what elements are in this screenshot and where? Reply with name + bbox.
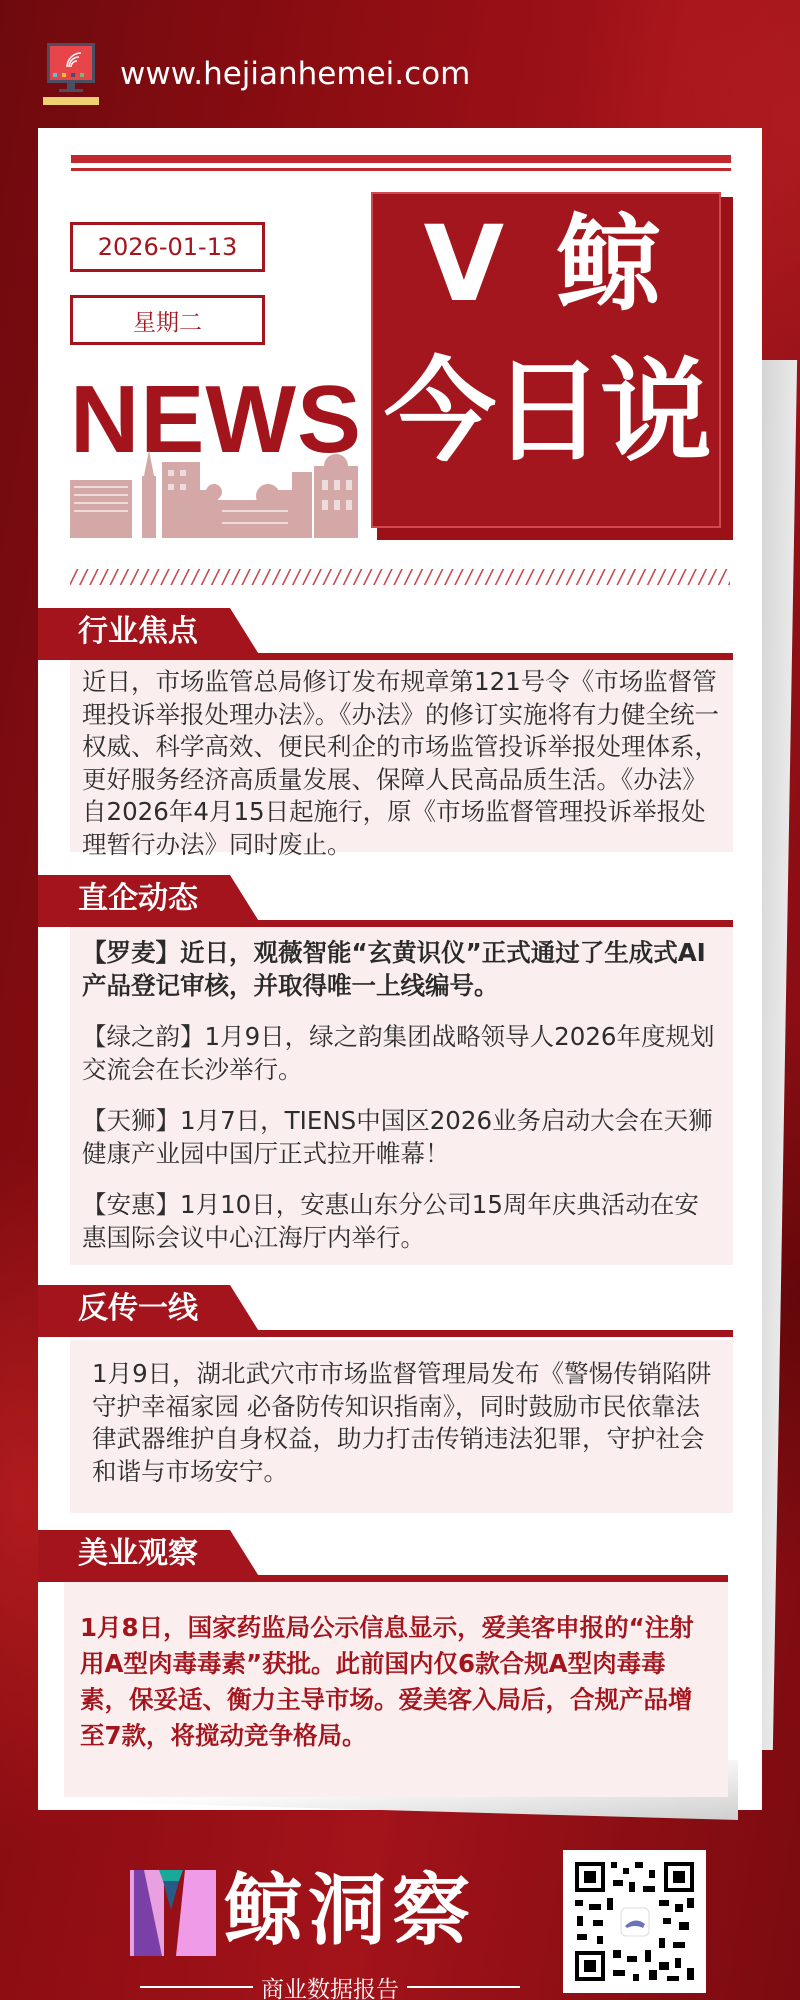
slash-divider: ////////////////////////////////////////… <box>70 565 730 585</box>
title-line-1: V 鲸 <box>373 212 719 316</box>
section-rule <box>38 653 733 660</box>
dash-left <box>140 1986 253 1988</box>
paragraph: 1月8日，国家药监局公示信息显示，爱美客申报的“注射用A型肉毒毒素”获批。此前国… <box>80 1610 708 1754</box>
section-title: 行业焦点 <box>78 614 198 650</box>
site-url[interactable]: www.hejianhemei.com <box>120 56 470 92</box>
section-title: 美业观察 <box>78 1536 198 1572</box>
section-rule <box>38 920 733 927</box>
footer-subtitle: 商业数据报告 <box>140 1973 520 2000</box>
section-body: 【罗麦】近日，观薇智能“玄黄识仪”正式通过了生成式AI产品登记审核，并取得唯一上… <box>70 927 733 1265</box>
qr-code-icon[interactable] <box>563 1850 706 1993</box>
dash-right <box>407 1986 520 1988</box>
title-line-2: 今日说 <box>373 356 719 468</box>
section-body: 近日，市场监管总局修订发布规章第121号令《市场监督管理投诉举报处理办法》。《办… <box>70 660 733 852</box>
footer-brand: 鲸洞察 <box>224 1872 476 1950</box>
news-item: 【安惠】1月10日，安惠山东分公司15周年庆典活动在安惠国际会议中心江海厅内举行… <box>82 1189 723 1254</box>
news-item: 【绿之韵】1月9日，绿之韵集团战略领导人2026年度规划交流会在长沙举行。 <box>82 1021 723 1086</box>
monitor-wifi-icon <box>43 43 99 105</box>
top-rule <box>71 155 731 163</box>
city-skyline-icon <box>70 450 362 540</box>
news-item: 【罗麦】近日，观薇智能“玄黄识仪”正式通过了生成式AI产品登记审核，并取得唯一上… <box>82 937 723 1002</box>
section-body: 1月9日，湖北武穴市市场监督管理局发布《警惕传销陷阱 守护幸福家园 必备防传知识… <box>70 1340 733 1513</box>
section-title: 直企动态 <box>78 881 198 917</box>
top-rule-thin <box>71 168 731 171</box>
news-item: 【天狮】1月7日，TIENS中国区2026业务启动大会在天狮健康产业园中国厅正式… <box>82 1105 723 1170</box>
section-rule <box>38 1575 728 1582</box>
date-text: 2026-01-13 <box>98 233 237 261</box>
section-rule <box>38 1330 733 1337</box>
section-body: 1月8日，国家药监局公示信息显示，爱美客申报的“注射用A型肉毒毒素”获批。此前国… <box>64 1582 728 1797</box>
title-block: V 鲸 今日说 <box>371 192 721 528</box>
date-badge: 2026-01-13 <box>70 222 265 272</box>
paragraph: 1月9日，湖北武穴市市场监督管理局发布《警惕传销陷阱 守护幸福家园 必备防传知识… <box>92 1358 713 1488</box>
footer-subtitle-text: 商业数据报告 <box>261 1971 399 2000</box>
v-logo-icon <box>130 1870 216 1956</box>
paragraph: 近日，市场监管总局修订发布规章第121号令《市场监督管理投诉举报处理办法》。《办… <box>82 666 723 861</box>
weekday-badge: 星期二 <box>70 295 265 345</box>
weekday-text: 星期二 <box>133 304 202 337</box>
section-title: 反传一线 <box>78 1291 198 1327</box>
